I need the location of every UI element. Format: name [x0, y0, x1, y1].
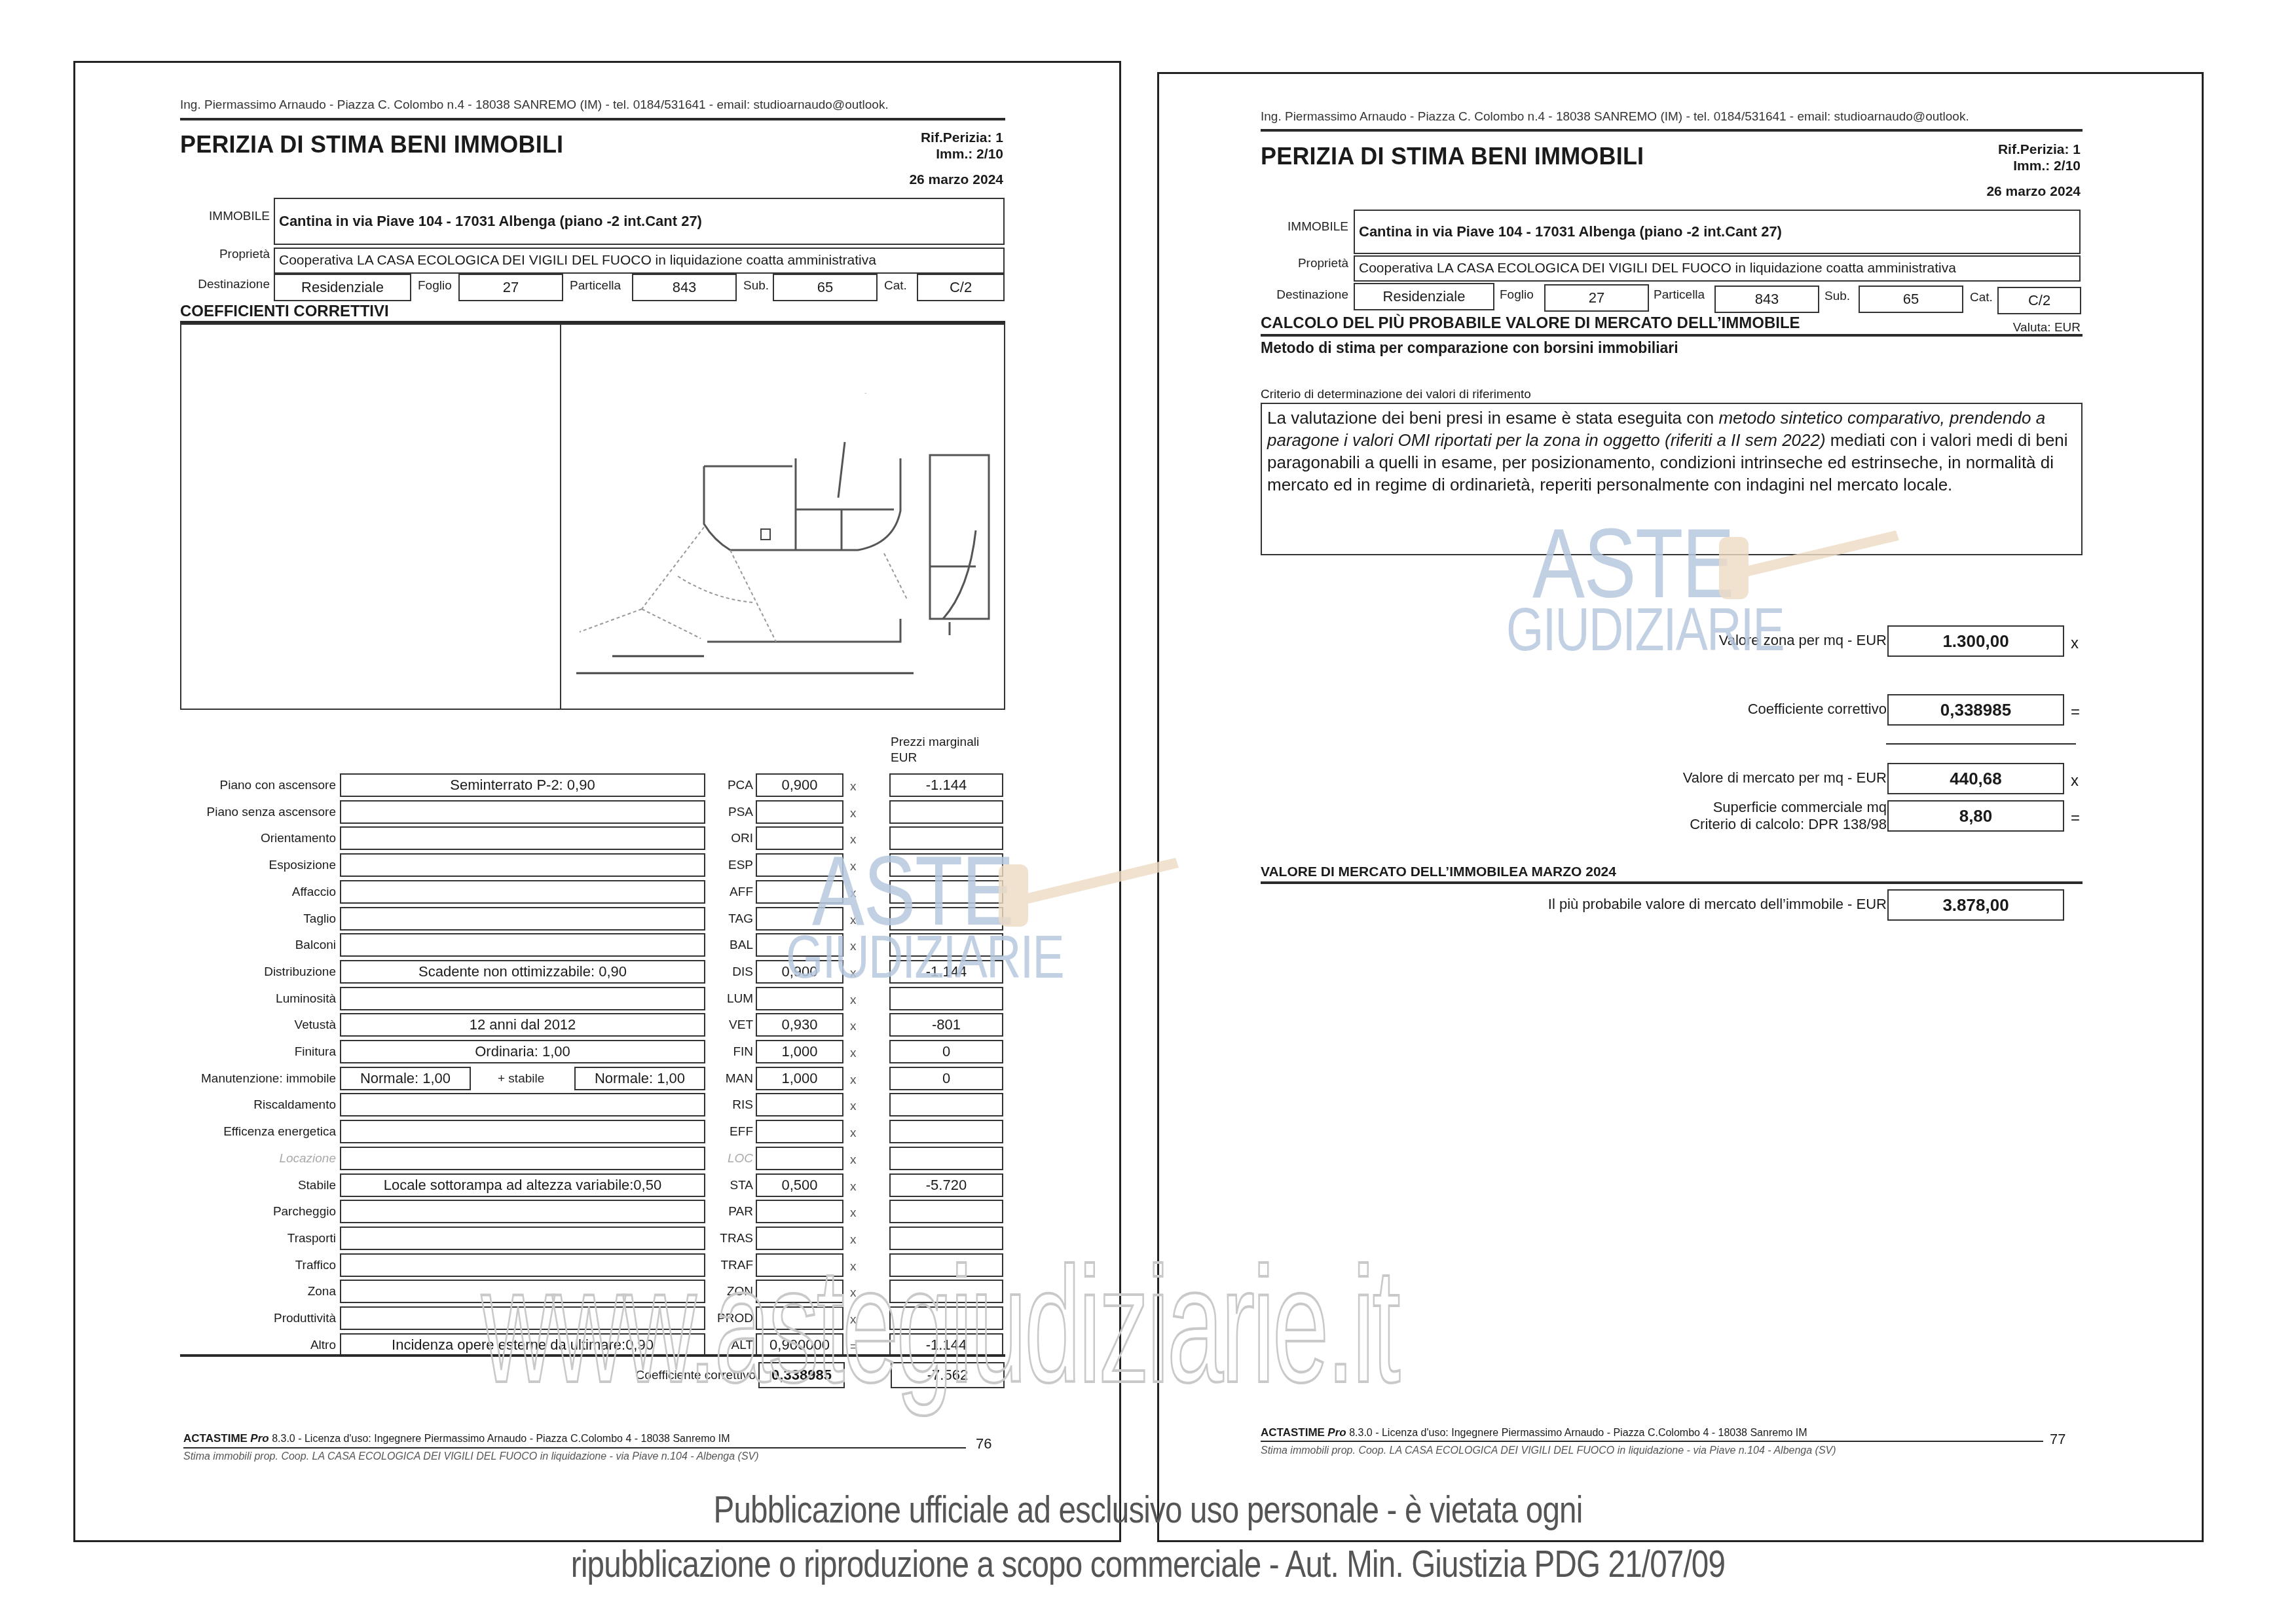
- disclaimer-line2: ripubblicazione o riproduzione a scopo c…: [207, 1542, 2090, 1586]
- right-sub-field: 65: [1859, 286, 1963, 313]
- coef-row-desc: [340, 853, 705, 877]
- criterio-text-1: La valutazione dei beni presi in esame è…: [1267, 408, 1718, 428]
- coef-row-label: Stabile: [298, 1179, 336, 1193]
- coef-row-code: VET: [729, 1018, 753, 1033]
- calc-label: Superficie commerciale mq Criterio di ca…: [1690, 799, 1887, 833]
- left-rif-perizia: Rif.Perizia: 1: [921, 130, 1003, 146]
- right-immobile-label: IMMOBILE: [1287, 220, 1348, 234]
- criterio-title: Criterio di determinazione dei valori di…: [1261, 388, 1531, 402]
- coef-row-code: AFF: [730, 885, 753, 900]
- coef-row-operator: x: [850, 1073, 857, 1088]
- coef-row-price: [889, 1147, 1003, 1170]
- coef-row-label: Vetustà: [295, 1018, 336, 1033]
- right-particella-field: 843: [1714, 286, 1819, 313]
- right-footer-brand-pro: Pro: [1327, 1426, 1346, 1439]
- calc-label: Coefficiente correttivo: [1748, 701, 1887, 718]
- left-foglio-field: 27: [458, 274, 563, 301]
- coef-row-price: [889, 1093, 1003, 1116]
- prices-header-line1: Prezzi marginali: [891, 735, 979, 750]
- coef-row-desc2: Normale: 1,00: [574, 1067, 705, 1090]
- left-particella-label: Particella: [570, 279, 621, 293]
- right-proprieta-field: Cooperativa LA CASA ECOLOGICA DEI VIGILI…: [1354, 255, 2081, 282]
- calc-operator: =: [2071, 703, 2080, 722]
- left-section-title: COEFFICIENTI CORRETTIVI: [180, 303, 389, 321]
- coef-row-operator: x: [850, 1046, 857, 1061]
- right-cat-label: Cat.: [1970, 291, 1993, 305]
- disclaimer-line1: Pubblicazione ufficiale ad esclusivo uso…: [207, 1488, 2090, 1532]
- right-destinazione-label: Destinazione: [1276, 288, 1348, 303]
- coef-row-coef: [756, 1147, 843, 1170]
- right-cat-field: C/2: [1997, 287, 2081, 314]
- coef-row-desc: [340, 1120, 705, 1143]
- market-rule: [1261, 881, 2083, 884]
- svg-text:-: -: [864, 389, 867, 397]
- coef-row-label: Distribuzione: [264, 965, 336, 980]
- coef-row-coef: 0,930: [756, 1013, 843, 1037]
- left-immobile-field: Cantina in via Piave 104 - 17031 Albenga…: [274, 198, 1005, 245]
- coef-row-desc: Locale sottorampa ad altezza variabile:0…: [340, 1173, 705, 1197]
- left-destinazione-label: Destinazione: [198, 278, 270, 292]
- right-footer-rule: [1261, 1441, 2043, 1442]
- coef-row-label: Piano senza ascensore: [206, 805, 336, 820]
- calc-operator: x: [2071, 772, 2079, 790]
- coef-row-desc: [340, 826, 705, 850]
- right-valuta: Valuta: EUR: [2013, 321, 2081, 335]
- coef-row-code: PSA: [728, 805, 753, 820]
- coef-row-code: FIN: [733, 1045, 753, 1060]
- coef-row-label: Riscaldamento: [253, 1098, 336, 1113]
- left-date: 26 marzo 2024: [909, 172, 1003, 188]
- coef-row-desc: Ordinaria: 1,00: [340, 1040, 705, 1063]
- coef-row-desc: [340, 800, 705, 824]
- right-doc-title: PERIZIA DI STIMA BENI IMMOBILI: [1261, 143, 1644, 170]
- left-footer-brand: ACTASTIME: [183, 1432, 248, 1445]
- coef-row-coef: 1,000: [756, 1040, 843, 1063]
- right-destinazione-field: Residenziale: [1354, 283, 1494, 310]
- coef-row-label: Balconi: [295, 938, 336, 953]
- right-immobile-field: Cantina in via Piave 104 - 17031 Albenga…: [1354, 210, 2081, 254]
- coef-row-label: Esposizione: [269, 858, 336, 873]
- final-label: Il più probabile valore di mercato dell’…: [1548, 896, 1887, 913]
- calc-operator: =: [2071, 809, 2080, 828]
- coef-row-price: -801: [889, 1013, 1003, 1037]
- coef-row-code: EFF: [730, 1125, 753, 1139]
- coef-row-code: LOC: [728, 1152, 753, 1166]
- coef-row-desc: [340, 987, 705, 1010]
- left-page-number: 76: [976, 1435, 991, 1452]
- right-proprieta-label: Proprietà: [1298, 257, 1348, 271]
- coef-row-code: DIS: [732, 965, 753, 980]
- left-immobile-label: IMMOBILE: [209, 210, 270, 224]
- coef-row-operator: x: [850, 1180, 857, 1194]
- calc-value: 1.300,00: [1887, 625, 2064, 657]
- coef-row-operator: x: [850, 1206, 857, 1221]
- coef-row-price: -1.144: [889, 773, 1003, 797]
- calc-separator-rule: [1886, 743, 2076, 745]
- right-section-title: CALCOLO DEL PIÙ PROBABILE VALORE DI MERC…: [1261, 314, 1800, 333]
- coef-row-operator: x: [850, 1020, 857, 1034]
- coef-row-desc: [340, 1093, 705, 1116]
- coef-row-operator: x: [850, 807, 857, 821]
- coef-row-code: RIS: [732, 1098, 753, 1113]
- coef-row-price: [889, 1200, 1003, 1223]
- coef-row-label: Taglio: [303, 912, 336, 927]
- calc-label-line1: Superficie commerciale mq: [1690, 799, 1887, 816]
- left-footer-rule: [183, 1447, 966, 1449]
- coef-row-label: Finitura: [295, 1045, 336, 1060]
- right-footer-license-text: 8.3.0 - Licenza d'uso: Ingegnere Piermas…: [1349, 1428, 1807, 1439]
- right-section-rule: [1261, 334, 2083, 337]
- left-sub-field: 65: [773, 274, 878, 301]
- right-imm: Imm.: 2/10: [1998, 158, 2081, 174]
- calc-value: 8,80: [1887, 800, 2064, 832]
- calc-operator: x: [2071, 635, 2079, 653]
- calc-value: 440,68: [1887, 763, 2064, 794]
- market-title: VALORE DI MERCATO DELL’IMMOBILEA MARZO 2…: [1261, 864, 1616, 880]
- left-sub-label: Sub.: [743, 279, 769, 293]
- left-cat-label: Cat.: [884, 279, 907, 293]
- coef-row-label: Luminosità: [276, 992, 336, 1006]
- left-footer-subtitle: Stima immobili prop. Coop. LA CASA ECOLO…: [183, 1451, 759, 1463]
- right-sub-label: Sub.: [1824, 289, 1850, 304]
- coef-row-label: Zona: [308, 1285, 336, 1299]
- coef-row-price: 0: [889, 1040, 1003, 1063]
- coef-row-price: -5.720: [889, 1173, 1003, 1197]
- coef-row-label: Produttività: [274, 1312, 336, 1326]
- coef-row-code: TAG: [728, 912, 753, 927]
- coef-row-label: Trasporti: [287, 1232, 336, 1246]
- right-header-contact: Ing. Piermassimo Arnaudo - Piazza C. Col…: [1261, 110, 1969, 124]
- left-doc-title: PERIZIA DI STIMA BENI IMMOBILI: [180, 131, 563, 158]
- coef-row-price: 0: [889, 1067, 1003, 1090]
- right-rif-perizia: Rif.Perizia: 1: [1998, 141, 2081, 158]
- coef-row-coef: 0,900: [756, 773, 843, 797]
- left-footer-brand-pro: Pro: [250, 1432, 268, 1445]
- coef-row-code: STA: [730, 1179, 753, 1193]
- coef-row-desc-mid: + stabile: [498, 1072, 544, 1086]
- coef-row-coef: [756, 1200, 843, 1223]
- coef-row-label: Orientamento: [261, 832, 336, 846]
- coef-row-code: PCA: [728, 779, 753, 793]
- left-imm: Imm.: 2/10: [921, 146, 1003, 162]
- coef-row-label: Traffico: [295, 1259, 336, 1273]
- calc-value: 0,338985: [1887, 694, 2064, 726]
- floor-plan-divider: [560, 323, 561, 710]
- left-header-contact: Ing. Piermassimo Arnaudo - Piazza C. Col…: [180, 98, 889, 113]
- coef-row-label: Parcheggio: [273, 1205, 336, 1219]
- right-header-rule: [1261, 129, 2083, 132]
- coef-row-label: Efficenza energetica: [223, 1125, 336, 1139]
- calc-label: Valore di mercato per mq - EUR: [1683, 769, 1887, 786]
- right-ref-block: Rif.Perizia: 1 Imm.: 2/10: [1998, 141, 2081, 174]
- floor-plan-drawing: -: [563, 327, 1002, 701]
- left-particella-field: 843: [632, 274, 737, 301]
- coef-row-desc: [340, 1200, 705, 1223]
- coef-row-desc: [340, 907, 705, 931]
- coef-row-operator: x: [850, 1099, 857, 1114]
- left-header-rule: [180, 118, 1005, 120]
- left-foglio-label: Foglio: [418, 279, 452, 293]
- coef-row-operator: x: [850, 993, 857, 1008]
- coef-row-label: Piano con ascensore: [220, 779, 336, 793]
- left-destinazione-field: Residenziale: [274, 274, 411, 301]
- coef-row-coef: [756, 1120, 843, 1143]
- prices-header-line2: EUR: [891, 750, 979, 766]
- coef-row-price: [889, 1120, 1003, 1143]
- site-watermark: www.astegiudiziarie.it: [481, 1231, 1398, 1419]
- coef-row-code: ORI: [731, 832, 753, 846]
- coef-row-desc: [340, 1147, 705, 1170]
- coef-row-operator: x: [850, 1153, 857, 1168]
- coef-row-desc: [340, 880, 705, 904]
- final-value: 3.878,00: [1887, 889, 2064, 921]
- right-footer-license: ACTASTIME Pro 8.3.0 - Licenza d'uso: Ing…: [1261, 1426, 1807, 1439]
- coef-row-desc: Normale: 1,00: [340, 1067, 471, 1090]
- gavel-icon: [1699, 524, 1909, 609]
- calc-label-line2: Criterio di calcolo: DPR 138/98: [1690, 816, 1887, 833]
- right-footer-subtitle: Stima immobili prop. Coop. LA CASA ECOLO…: [1261, 1445, 1836, 1457]
- coef-row-desc: Scadente non ottimizzabile: 0,90: [340, 960, 705, 984]
- right-page-number: 77: [2050, 1431, 2065, 1448]
- right-date: 26 marzo 2024: [1986, 183, 2081, 200]
- right-foglio-field: 27: [1544, 284, 1649, 312]
- right-footer-brand: ACTASTIME: [1261, 1426, 1325, 1439]
- right-foglio-label: Foglio: [1500, 288, 1534, 303]
- gavel-icon: [979, 851, 1189, 936]
- coef-row-code: BAL: [730, 938, 753, 953]
- coef-row-price: [889, 800, 1003, 824]
- coef-row-code: MAN: [726, 1072, 753, 1086]
- coef-row-operator: x: [850, 780, 857, 794]
- coef-row-code: ESP: [728, 858, 753, 873]
- left-footer-license-text: 8.3.0 - Licenza d'uso: Ingegnere Piermas…: [272, 1433, 730, 1445]
- coef-row-label: Affaccio: [292, 885, 336, 900]
- left-cat-field: C/2: [917, 274, 1005, 301]
- coef-row-label: Altro: [310, 1338, 336, 1353]
- coef-row-desc: Seminterrato P-2: 0,90: [340, 773, 705, 797]
- left-ref-block: Rif.Perizia: 1 Imm.: 2/10: [921, 130, 1003, 162]
- coef-row-coef: [756, 800, 843, 824]
- left-proprieta-field: Cooperativa LA CASA ECOLOGICA DEI VIGILI…: [274, 248, 1005, 274]
- coef-row-label: Locazione: [279, 1152, 336, 1166]
- prices-header: Prezzi marginali EUR: [891, 735, 979, 766]
- coef-row-label: Manutenzione: immobile: [201, 1072, 336, 1086]
- coef-row-code: LUM: [727, 992, 753, 1006]
- coef-row-desc: [340, 933, 705, 957]
- right-particella-label: Particella: [1654, 288, 1705, 303]
- coef-row-coef: 1,000: [756, 1067, 843, 1090]
- coef-row-coef: 0,500: [756, 1173, 843, 1197]
- left-footer-license: ACTASTIME Pro 8.3.0 - Licenza d'uso: Ing…: [183, 1432, 730, 1445]
- left-proprieta-label: Proprietà: [219, 248, 270, 262]
- coef-row-code: PAR: [728, 1205, 753, 1219]
- right-method: Metodo di stima per comparazione con bor…: [1261, 339, 1678, 357]
- coef-row-desc: 12 anni dal 2012: [340, 1013, 705, 1037]
- coef-row-coef: [756, 1093, 843, 1116]
- coef-row-operator: x: [850, 1126, 857, 1141]
